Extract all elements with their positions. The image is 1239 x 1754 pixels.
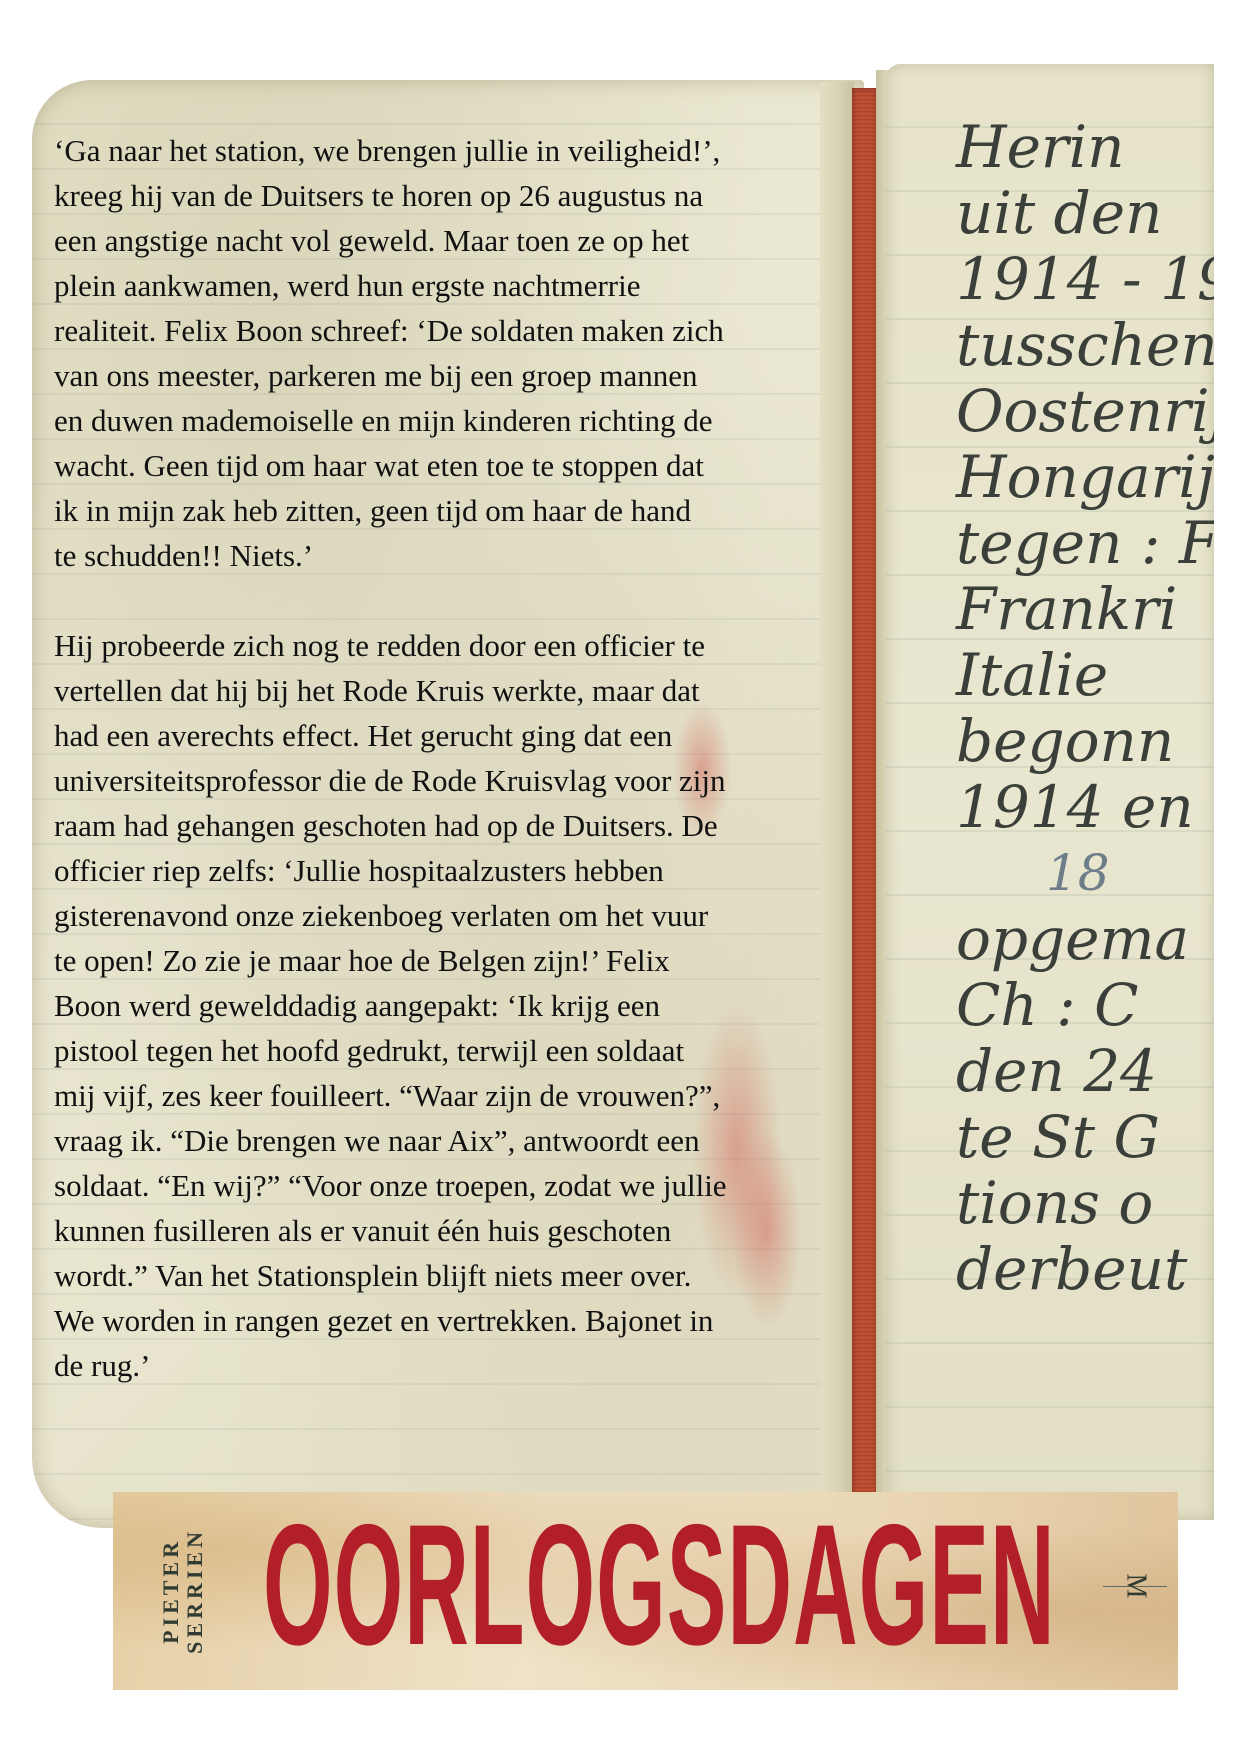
publisher-logo-icon: M	[1103, 1572, 1167, 1602]
handwriting-line: tions o	[886, 1170, 1214, 1236]
handwriting-line: 18	[886, 840, 1214, 906]
handwriting-line: uit den	[886, 180, 1214, 246]
handwriting-line: derbeut	[886, 1236, 1214, 1302]
text-line: Hij probeerde zich nog te redden door ee…	[54, 623, 854, 668]
text-line: wacht. Geen tijd om haar wat eten toe te…	[54, 443, 854, 488]
text-line: en duwen mademoiselle en mijn kinderen r…	[54, 398, 854, 443]
text-line: vraag ik. “Die brengen we naar Aix”, ant…	[54, 1118, 854, 1163]
book-title-banner: PIETER SERRIEN OORLOGSDAGEN M	[113, 1492, 1178, 1690]
text-line: realiteit. Felix Boon schreef: ‘De solda…	[54, 308, 854, 353]
text-line: de rug.’	[54, 1343, 854, 1388]
text-line: mij vijf, zes keer fouilleert. “Waar zij…	[54, 1073, 854, 1118]
paragraph-gap	[54, 578, 854, 623]
text-line: een angstige nacht vol geweld. Maar toen…	[54, 218, 854, 263]
text-line: ik in mijn zak heb zitten, geen tijd om …	[54, 488, 854, 533]
text-line: officier riep zelfs: ‘Jullie hospitaalzu…	[54, 848, 854, 893]
paragraph-1: ‘Ga naar het station, we brengen jullie …	[54, 128, 854, 578]
text-line: kreeg hij van de Duitsers te horen op 26…	[54, 173, 854, 218]
text-line: gisterenavond onze ziekenboeg verlaten o…	[54, 893, 854, 938]
text-line: soldaat. “En wij?” “Voor onze troepen, z…	[54, 1163, 854, 1208]
handwriting-line: den 24	[886, 1038, 1214, 1104]
author-last-name: SERRIEN	[183, 1528, 207, 1654]
text-line: We worden in rangen gezet en vertrekken.…	[54, 1298, 854, 1343]
book-title: OORLOGSDAGEN	[263, 1510, 1056, 1660]
notebook-spine	[852, 88, 878, 1528]
handwriting-line: Italie	[886, 642, 1214, 708]
text-line: kunnen fusilleren als er vanuit één huis…	[54, 1208, 854, 1253]
handwriting-line: Herin	[886, 114, 1214, 180]
handwriting-line: opgema	[886, 906, 1214, 972]
body-text: ‘Ga naar het station, we brengen jullie …	[54, 128, 854, 1388]
publisher-mark: M	[1119, 1574, 1151, 1599]
text-line: vertellen dat hij bij het Rode Kruis wer…	[54, 668, 854, 713]
text-line: Boon werd gewelddadig aangepakt: ‘Ik kri…	[54, 983, 854, 1028]
handwriting-line: te St G	[886, 1104, 1214, 1170]
text-line: universiteitsprofessor die de Rode Kruis…	[54, 758, 854, 803]
handwriting-line: Oostenrij	[886, 378, 1214, 444]
text-line: had een averechts effect. Het gerucht gi…	[54, 713, 854, 758]
handwriting-line: tegen : F	[886, 510, 1214, 576]
text-line: pistool tegen het hoofd gedrukt, terwijl…	[54, 1028, 854, 1073]
text-line: ‘Ga naar het station, we brengen jullie …	[54, 128, 854, 173]
handwriting-line: Frankri	[886, 576, 1214, 642]
handwriting-line: tusschen	[886, 312, 1214, 378]
handwriting-line: 1914 en	[886, 774, 1214, 840]
text-line: wordt.” Van het Stationsplein blijft nie…	[54, 1253, 854, 1298]
notebook-right-page: Herin uit den 1914 - 19 tusschen Oostenr…	[886, 64, 1214, 1520]
text-line: te schudden!! Niets.’	[54, 533, 854, 578]
handwriting-line: 1914 - 19	[886, 246, 1214, 312]
text-line: te open! Zo zie je maar hoe de Belgen zi…	[54, 938, 854, 983]
handwriting-line: begonn	[886, 708, 1214, 774]
author-first-name: PIETER	[159, 1538, 183, 1644]
handwriting-line: Hongarij	[886, 444, 1214, 510]
text-line: plein aankwamen, werd hun ergste nachtme…	[54, 263, 854, 308]
paragraph-2: Hij probeerde zich nog te redden door ee…	[54, 623, 854, 1388]
author-name: PIETER SERRIEN	[153, 1506, 213, 1676]
text-line: raam had gehangen geschoten had op de Du…	[54, 803, 854, 848]
text-line: van ons meester, parkeren me bij een gro…	[54, 353, 854, 398]
handwritten-text: Herin uit den 1914 - 19 tusschen Oostenr…	[886, 114, 1214, 1302]
handwriting-line: Ch : C	[886, 972, 1214, 1038]
